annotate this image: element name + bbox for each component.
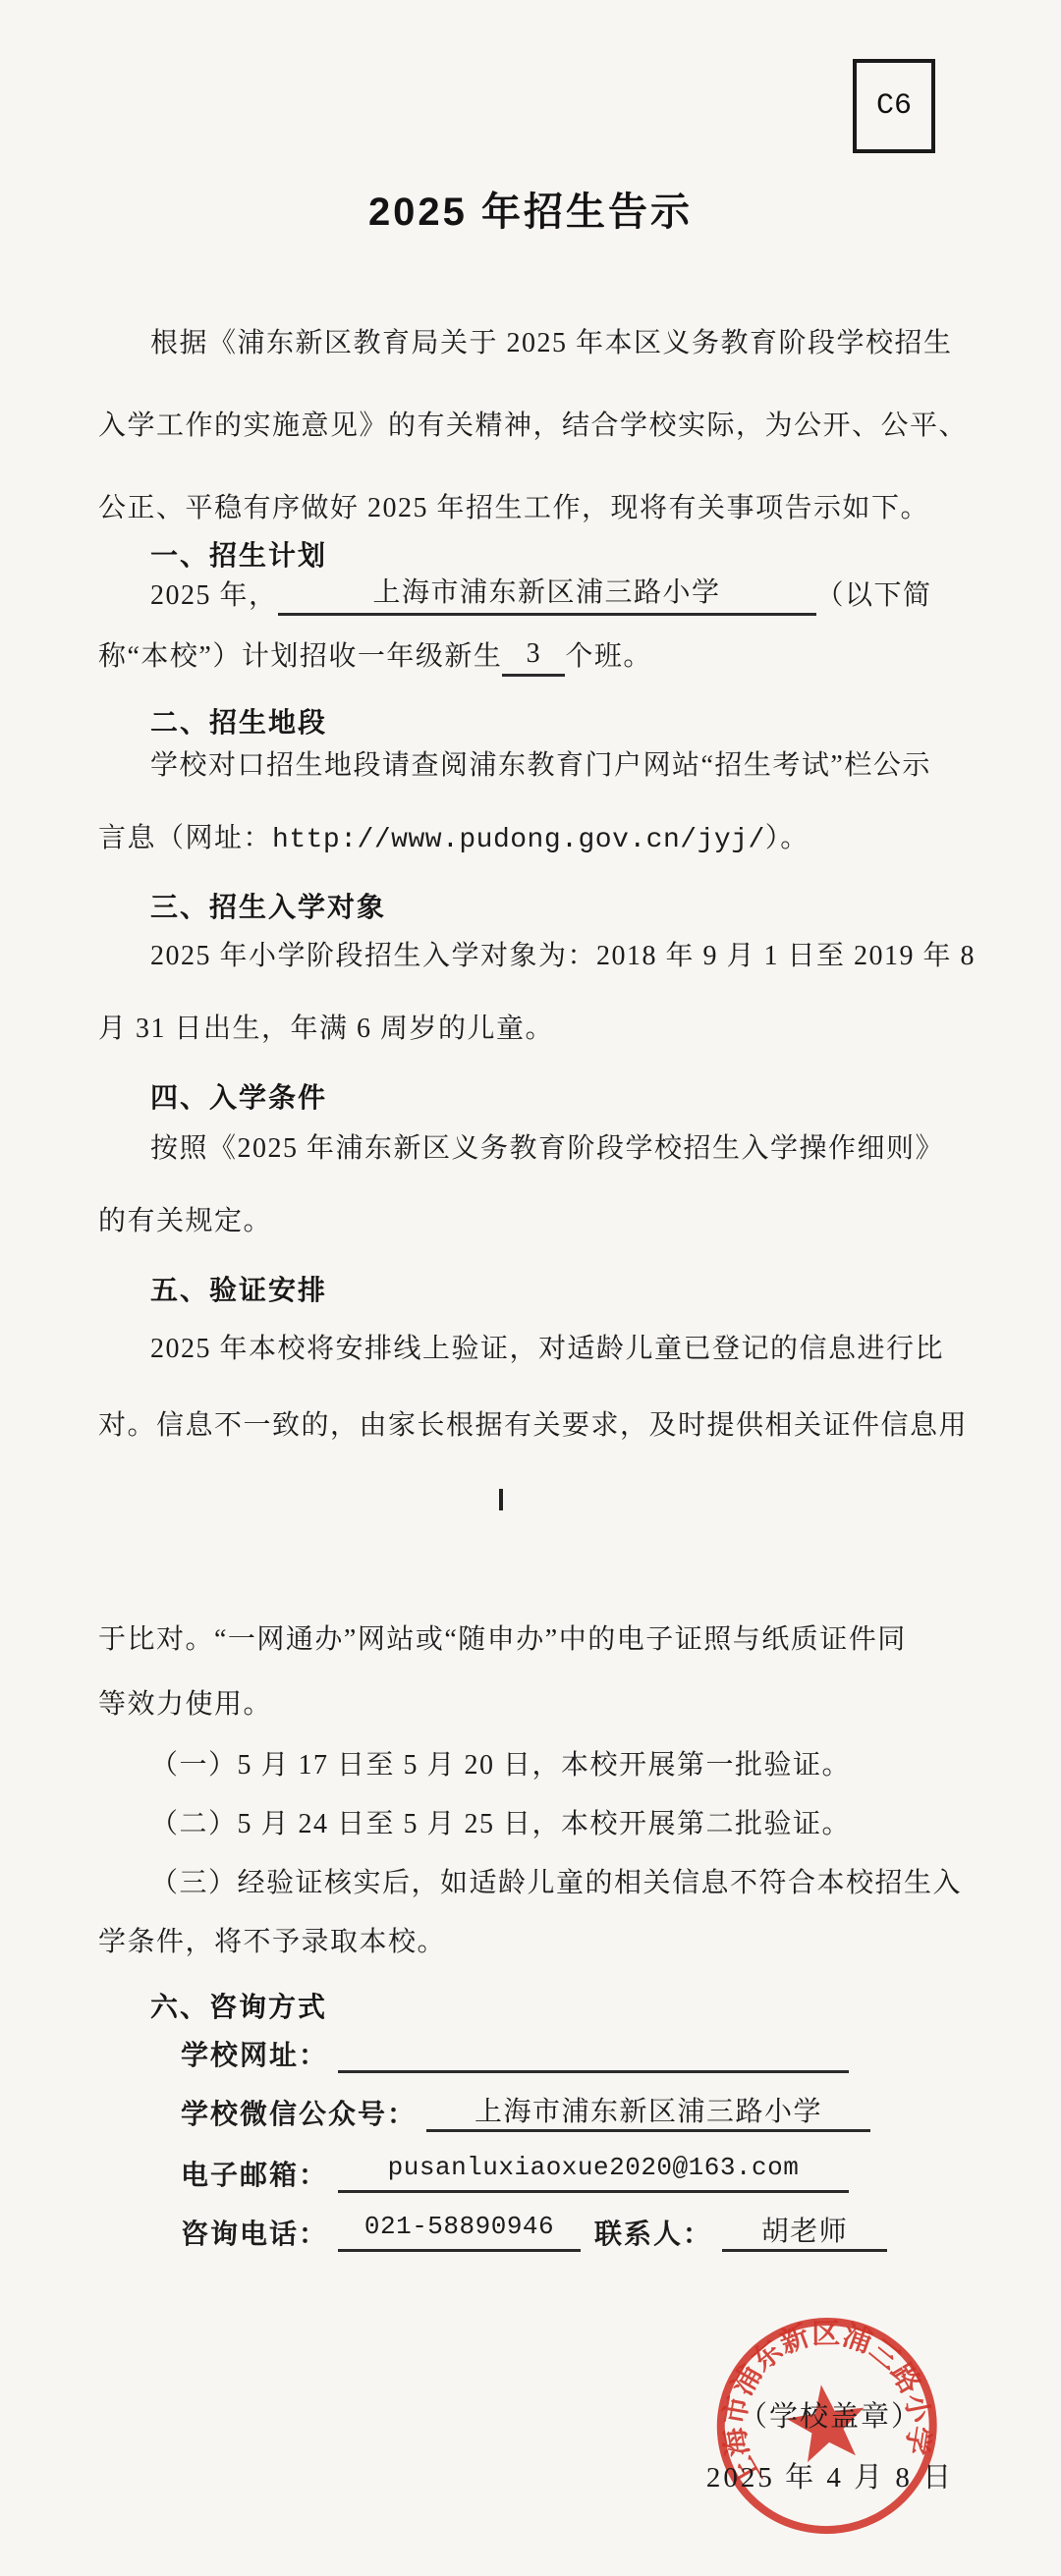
document-page: C6 2025 年招生告示 根据《浦东新区教育局关于 2025 年本区义务教育阶… [0,0,1061,2576]
section-1-line-1: 2025 年，上海市浦东新区浦三路小学（以下简 [150,575,932,616]
contact-row-phone: 咨询电话： 021-58890946 联系人： 胡老师 [181,2212,887,2252]
wechat-label: 学校微信公众号： [181,2093,426,2132]
contact-row-email: 电子邮箱： pusanluxiaoxue2020@163.com [181,2153,849,2193]
section-5-heading: 五、验证安排 [150,1271,327,1310]
intro-line-2: 入学工作的实施意见》的有关精神，结合学校实际，为公开、公平、 [98,407,968,446]
wechat-value: 上海市浦东新区浦三路小学 [475,2097,822,2127]
page-break-mark [499,1489,503,1510]
section-5-item-3: （三）经验证核实后，如适龄儿童的相关信息不符合本校招生入 [150,1864,962,1903]
corner-label-box: C6 [853,59,935,153]
phone-value: 021-58890946 [364,2212,554,2241]
section-5-item-1: （一）5 月 17 日至 5 月 20 日，本校开展第一批验证。 [150,1746,851,1785]
section-5-line-3: 于比对。“一网通办”网站或“随申办”中的电子证照与纸质证件同 [98,1620,907,1660]
contact-person-value: 胡老师 [761,2217,849,2247]
page-title: 2025 年招生告示 [0,181,1061,237]
section-5-item-3-cont: 学条件，将不予录取本校。 [98,1923,446,1962]
section-5-item-2: （二）5 月 24 日至 5 月 25 日，本校开展第二批验证。 [150,1805,851,1844]
contact-person-blank: 胡老师 [722,2212,887,2252]
section-4-heading: 四、入学条件 [150,1078,327,1118]
class-line-prefix: 称“本校”）计划招收一年级新生 [98,641,502,672]
plan-line-suffix: （以下简 [816,580,932,611]
phone-label: 咨询电话： [181,2213,338,2252]
section-4-line-1: 按照《2025 年浦东新区义务教育阶段学校招生入学操作细则》 [150,1129,944,1169]
section-2-line-1: 学校对口招生地段请查阅浦东教育门户网站“招生考试”栏公示 [150,746,931,786]
section-5-line-4: 等效力使用。 [98,1685,272,1725]
url-line-prefix: 言息（网址： [98,823,272,853]
wechat-blank: 上海市浦东新区浦三路小学 [426,2092,870,2132]
pudong-url: http://www.pudong.gov.cn/jyj/ [272,825,765,855]
website-blank [338,2033,849,2073]
corner-label-text: C6 [876,89,912,123]
section-6-heading: 六、咨询方式 [150,1988,327,2027]
contact-row-wechat: 学校微信公众号： 上海市浦东新区浦三路小学 [181,2092,870,2132]
section-3-line-1: 2025 年小学阶段招生入学对象为：2018 年 9 月 1 日至 2019 年… [150,937,976,976]
school-name-blank: 上海市浦东新区浦三路小学 [278,575,816,616]
phone-blank: 021-58890946 [338,2212,581,2252]
section-2-line-2: 言息（网址：http://www.pudong.gov.cn/jyj/）。 [98,819,810,860]
plan-line-prefix: 2025 年， [150,580,278,611]
section-2-heading: 二、招生地段 [150,703,327,742]
section-1-heading: 一、招生计划 [150,536,327,575]
seal-caption: （学校盖章） [683,2394,977,2435]
class-line-suffix: 个班。 [565,641,652,672]
section-4-line-2: 的有关规定。 [98,1202,272,1241]
class-count-blank: 3 [502,636,565,677]
intro-line-1: 根据《浦东新区教育局关于 2025 年本区义务教育阶段学校招生 [150,324,953,363]
website-label: 学校网址： [181,2034,338,2073]
section-5-line-1: 2025 年本校将安排线上验证，对适龄儿童已登记的信息进行比 [150,1330,944,1369]
section-1-line-2: 称“本校”）计划招收一年级新生3个班。 [98,636,652,677]
section-3-line-2: 月 31 日出生，年满 6 周岁的儿童。 [98,1010,554,1049]
contact-row-website: 学校网址： [181,2033,849,2073]
email-blank: pusanluxiaoxue2020@163.com [338,2153,849,2193]
contact-person-label: 联系人： [581,2213,722,2252]
email-value: pusanluxiaoxue2020@163.com [388,2153,800,2182]
intro-line-3: 公正、平稳有序做好 2025 年招生工作，现将有关事项告示如下。 [98,489,929,528]
class-count-value: 3 [527,638,542,669]
document-date: 2025 年 4 月 8 日 [683,2455,977,2495]
url-line-suffix: ）。 [765,823,810,853]
email-label: 电子邮箱： [181,2154,338,2193]
section-3-heading: 三、招生入学对象 [150,888,386,927]
school-name-value: 上海市浦东新区浦三路小学 [373,577,721,608]
section-5-line-2: 对。信息不一致的，由家长根据有关要求，及时提供相关证件信息用 [98,1406,968,1446]
